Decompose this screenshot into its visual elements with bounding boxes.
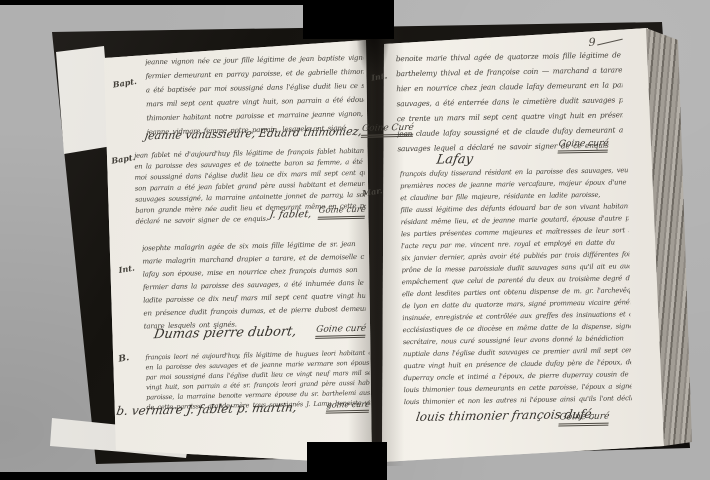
cure-signature: Goine curé bbox=[558, 139, 610, 154]
mask-bottom-bar bbox=[0, 472, 308, 480]
record-marriage: françois dufay tisserand résidant en la … bbox=[400, 164, 632, 408]
witness-signature-lafay: Lafay bbox=[435, 152, 474, 168]
mask-top-center-block bbox=[303, 0, 394, 39]
mask-top-bar bbox=[0, 0, 303, 5]
cure-signature: Goine curé bbox=[558, 412, 610, 427]
scanned-register-photo: Bapt. jeanne vignon née ce jour fille lé… bbox=[0, 0, 710, 480]
margin-note-marriage: Mar. bbox=[362, 185, 384, 198]
margin-note-burial-right: Int. bbox=[370, 70, 387, 82]
mask-bottom-center-block bbox=[307, 442, 387, 480]
handwriting-line: louis thimonier et non les autres ni l'é… bbox=[404, 392, 632, 408]
right-page-text: 9 Int. benoite marie thival agée de quat… bbox=[0, 0, 710, 480]
